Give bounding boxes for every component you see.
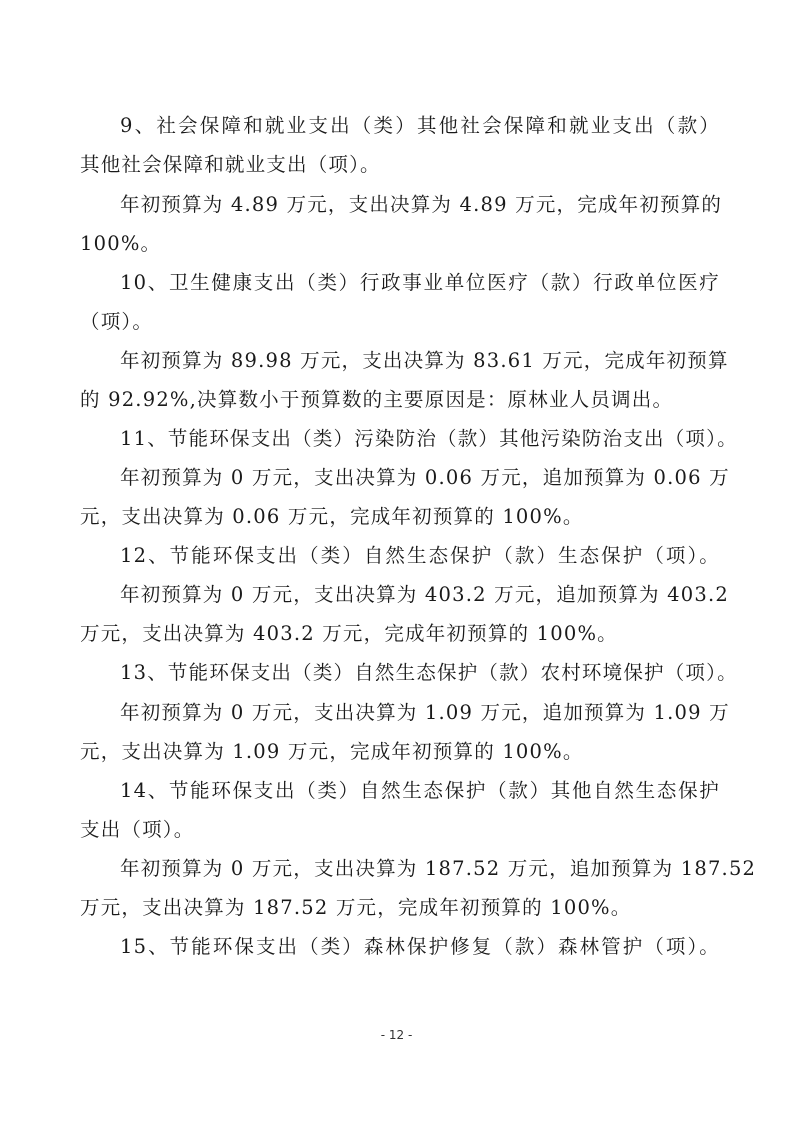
text-line: 15、节能环保支出（类）森林保护修复（款）森林管护（项）。 [120,935,720,959]
text-line: 年初预算为 0 万元，支出决算为 187.52 万元，追加预算为 187.52 [120,857,720,881]
text-line: 11、节能环保支出（类）污染防治（款）其他污染防治支出（项）。 [120,427,720,451]
text-line: 元，支出决算为 1.09 万元，完成年初预算的 100%。 [80,740,720,764]
text-line: （项）。 [80,310,720,334]
text-line: 的 92.92%,决算数小于预算数的主要原因是：原林业人员调出。 [80,388,720,412]
text-line: 万元，支出决算为 187.52 万元，完成年初预算的 100%。 [80,896,720,920]
text-line: 年初预算为 0 万元，支出决算为 403.2 万元，追加预算为 403.2 [120,583,720,607]
text-line: 100%。 [80,232,720,256]
text-line: 14、节能环保支出（类）自然生态保护（款）其他自然生态保护 [120,779,720,803]
text-line: 年初预算为 0 万元，支出决算为 1.09 万元，追加预算为 1.09 万 [120,701,720,725]
text-line: 年初预算为 4.89 万元，支出决算为 4.89 万元，完成年初预算的 [120,193,720,217]
text-line: 支出（项）。 [80,818,720,842]
text-line: 10、卫生健康支出（类）行政事业单位医疗（款）行政单位医疗 [120,271,720,295]
text-line: 万元，支出决算为 403.2 万元，完成年初预算的 100%。 [80,622,720,646]
text-line: 年初预算为 89.98 万元，支出决算为 83.61 万元，完成年初预算 [120,349,720,373]
document-page: 9、社会保障和就业支出（类）其他社会保障和就业支出（款）其他社会保障和就业支出（… [0,0,793,1122]
text-line: 12、节能环保支出（类）自然生态保护（款）生态保护（项）。 [120,544,720,568]
text-line: 元，支出决算为 0.06 万元，完成年初预算的 100%。 [80,505,720,529]
page-number: - 12 - [0,1028,793,1042]
text-line: 年初预算为 0 万元，支出决算为 0.06 万元，追加预算为 0.06 万 [120,466,720,490]
text-line: 9、社会保障和就业支出（类）其他社会保障和就业支出（款） [120,114,720,138]
text-line: 13、节能环保支出（类）自然生态保护（款）农村环境保护（项）。 [120,661,720,685]
text-line: 其他社会保障和就业支出（项）。 [80,153,720,177]
